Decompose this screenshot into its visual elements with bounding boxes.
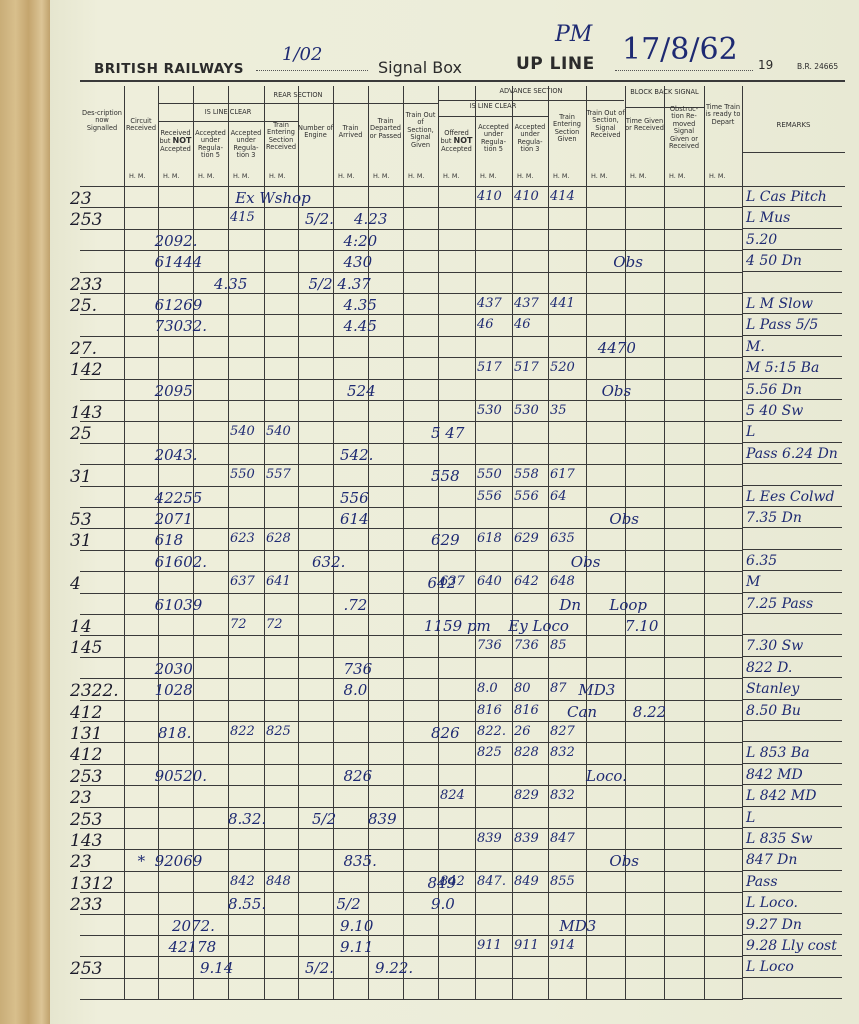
log-entry: 90520. — [155, 767, 208, 785]
description-entry: 142 — [70, 360, 102, 380]
remark-entry: L 853 Ba — [746, 745, 810, 761]
log-entry: Ex Wshop — [235, 189, 311, 207]
column-header: Offered but NOT Accepted — [438, 130, 475, 153]
log-entry: 826 — [344, 767, 373, 785]
row-line — [80, 443, 742, 444]
description-entry: 14 — [70, 617, 92, 637]
log-entry: 87 — [550, 681, 567, 696]
log-entry: 9.11 — [340, 938, 373, 956]
log-entry: 635 — [550, 531, 575, 546]
description-entry: 1312 — [70, 874, 113, 894]
date-dotted-line — [615, 70, 753, 71]
log-entry: 736 — [514, 638, 539, 653]
log-entry: 5/2. — [305, 959, 334, 977]
log-entry: 839 — [477, 831, 502, 846]
remarks-row-line — [742, 249, 842, 250]
remarks-row-line — [742, 206, 842, 207]
column-header: Accepted under Regula-tion 5 — [475, 124, 512, 154]
hours-minutes-label: H. M. — [233, 172, 250, 180]
log-entry: 46 — [514, 317, 531, 332]
log-entry: 629 — [431, 531, 460, 549]
log-entry: 826 — [431, 724, 460, 742]
log-entry: 842 — [230, 874, 255, 889]
remark-entry: L 835 Sw — [746, 831, 813, 847]
row-line — [80, 828, 742, 829]
log-entry: 911 — [514, 938, 539, 953]
log-entry: 35 — [550, 403, 567, 418]
column-divider — [512, 86, 513, 1000]
hours-minutes-label: H. M. — [669, 172, 686, 180]
remark-entry: 9.27 Dn — [746, 917, 802, 933]
header-bottom-rule — [80, 186, 845, 187]
remark-entry: L Mus — [746, 210, 790, 226]
log-entry: 637 — [230, 574, 255, 589]
remark-entry: M. — [746, 339, 765, 355]
log-entry: 8.55. — [228, 895, 266, 913]
log-entry: 9.10 — [340, 917, 373, 935]
adv-is-line-clear-rule — [438, 116, 548, 117]
remark-entry: 5.20 — [746, 232, 777, 248]
column-divider — [704, 86, 705, 1000]
log-entry: 80 — [514, 681, 531, 696]
column-header: Time Train is ready to Depart — [704, 104, 742, 126]
form-number: B.R. 24665 — [797, 62, 838, 71]
log-entry: 8.32. — [228, 810, 266, 828]
row-line — [80, 336, 742, 337]
log-entry: 2092. — [155, 232, 198, 250]
log-entry: 414 — [550, 189, 575, 204]
row-line — [80, 742, 742, 743]
row-line — [80, 400, 742, 401]
log-entry: 618 — [155, 531, 184, 549]
log-entry: 7.10 — [625, 617, 658, 635]
remark-entry: 842 MD — [746, 767, 803, 783]
row-line — [80, 421, 742, 422]
row-line — [80, 678, 742, 679]
log-entry: 4.23 — [354, 210, 387, 228]
hours-minutes-label: H. M. — [517, 172, 534, 180]
description-entry: 25. — [70, 296, 97, 316]
remark-entry: 7.35 Dn — [746, 510, 802, 526]
description-entry: 131 — [70, 724, 102, 744]
log-entry: 628 — [266, 531, 291, 546]
description-entry: 2322. — [70, 681, 119, 701]
row-line — [80, 379, 742, 380]
log-entry: 61269 — [155, 296, 203, 314]
log-entry: 849 — [514, 874, 539, 889]
log-entry: Obs — [609, 510, 639, 528]
shift-handwritten: PM — [555, 22, 592, 47]
row-line — [80, 229, 742, 230]
remarks-row-line — [742, 913, 842, 914]
log-entry: 520 — [550, 360, 575, 375]
hours-minutes-label: H. M. — [373, 172, 390, 180]
block-back-signal-label: BLOCK BACK SIGNAL — [625, 89, 704, 96]
log-entry: 839 — [514, 831, 539, 846]
row-line — [80, 250, 742, 251]
description-entry: 4 — [70, 574, 81, 594]
log-entry: 648 — [550, 574, 575, 589]
advance-section-label: ADVANCE SECTION — [438, 88, 624, 95]
remark-entry: L Pass 5/5 — [746, 317, 818, 333]
column-divider — [548, 86, 549, 1000]
remarks-row-line — [742, 356, 842, 357]
remark-entry: L Cas Pitch — [746, 189, 827, 205]
log-entry: 437 — [514, 296, 539, 311]
title-underline — [80, 80, 845, 82]
log-entry: 2030 — [155, 660, 193, 678]
column-divider — [264, 86, 265, 1000]
log-entry: 4.35 — [214, 275, 247, 293]
log-entry: Loop — [609, 596, 647, 614]
remark-entry: 7.25 Pass — [746, 596, 813, 612]
column-divider — [298, 86, 299, 1000]
remarks-row-line — [742, 891, 842, 892]
column-header: Obstruc-tion Re-moved Signal Given or Re… — [664, 106, 704, 150]
row-line — [80, 700, 742, 701]
column-divider — [742, 86, 743, 1000]
remarks-row-line — [742, 934, 842, 935]
log-entry: 530 — [514, 403, 539, 418]
log-entry: 1159 pm — [424, 617, 491, 635]
log-entry: 558 — [431, 467, 460, 485]
remarks-row-line — [742, 827, 842, 828]
column-header: Accepted under Regula-tion 3 — [512, 124, 548, 154]
log-entry: * — [138, 852, 146, 870]
hours-minutes-label: H. M. — [480, 172, 497, 180]
log-entry: MD3 — [578, 681, 615, 699]
log-entry: 832 — [550, 745, 575, 760]
row-line — [80, 486, 742, 487]
log-entry: 64 — [550, 489, 567, 504]
log-entry: 542. — [340, 446, 373, 464]
log-entry: 4:20 — [344, 232, 378, 250]
signal-box-label: Signal Box — [378, 58, 462, 77]
log-entry: 816 — [477, 703, 502, 718]
log-entry: 825 — [477, 745, 502, 760]
log-entry: Dn — [559, 596, 581, 614]
log-entry: Obs — [602, 382, 632, 400]
log-entry: 2071 — [155, 510, 193, 528]
box-name-handwritten: 1/02 — [282, 44, 322, 65]
log-entry: 557 — [266, 467, 291, 482]
column-header: Train Entering Section Given — [548, 114, 586, 144]
log-entry: 410 — [514, 189, 539, 204]
row-line — [80, 272, 742, 273]
log-entry: 530 — [477, 403, 502, 418]
log-entry: 5/2 4.37 — [309, 275, 371, 293]
remark-entry: 8.50 Bu — [746, 703, 801, 719]
column-header: Train Departed or Passed — [368, 118, 403, 140]
log-entry: 4.45 — [344, 317, 377, 335]
description-entry: 143 — [70, 403, 102, 423]
log-entry: 822 — [230, 724, 255, 739]
log-entry: 641 — [266, 574, 291, 589]
log-entry: 1028 — [155, 681, 193, 699]
column-header: Time Given or Received — [625, 118, 664, 133]
log-entry: 9.14 — [200, 959, 233, 977]
remarks-row-line — [742, 442, 842, 443]
year-prefix: 19 — [758, 58, 773, 72]
log-entry: 5/2 — [337, 895, 361, 913]
remarks-row-line — [742, 977, 842, 978]
log-entry: 85 — [550, 638, 567, 653]
column-header: Accepted under Regula-tion 5 — [193, 130, 228, 160]
log-entry: 914 — [550, 938, 575, 953]
log-entry: 8.22 — [633, 703, 666, 721]
hours-minutes-label: H. M. — [709, 172, 726, 180]
log-entry: 92069 — [155, 852, 203, 870]
column-divider — [664, 86, 665, 1000]
log-entry: 8.0 — [344, 681, 368, 699]
log-entry: 2043. — [155, 446, 198, 464]
log-entry: 848 — [266, 874, 291, 889]
remarks-row-line — [742, 848, 842, 849]
log-entry: 617 — [550, 467, 575, 482]
description-entry: 31 — [70, 531, 92, 551]
log-entry: 847. — [477, 874, 506, 889]
row-line — [80, 935, 742, 936]
log-entry: 524 — [347, 382, 376, 400]
log-entry: 550 — [230, 467, 255, 482]
remarks-row-line — [742, 870, 842, 871]
log-entry: 42255 — [155, 489, 203, 507]
row-line — [80, 464, 742, 465]
row-line — [80, 293, 742, 294]
log-entry: 430 — [344, 253, 373, 271]
row-line — [80, 614, 742, 615]
remark-entry: Pass — [746, 874, 778, 890]
log-entry: 842 — [440, 874, 465, 889]
row-line — [80, 956, 742, 957]
hours-minutes-label: H. M. — [129, 172, 146, 180]
log-entry: 835. — [344, 852, 377, 870]
log-entry: 618 — [477, 531, 502, 546]
log-entry: 623 — [230, 531, 255, 546]
log-entry: 911 — [477, 938, 502, 953]
log-entry: 4.35 — [344, 296, 377, 314]
remarks-row-line — [742, 998, 842, 999]
column-divider — [475, 86, 476, 1000]
log-entry: 61602. — [155, 553, 208, 571]
log-entry: 61444 — [155, 253, 203, 271]
hours-minutes-label: H. M. — [198, 172, 215, 180]
log-entry: Obs — [609, 852, 639, 870]
row-line — [80, 999, 742, 1000]
remarks-row-line — [742, 463, 842, 464]
box-name-dotted-line — [256, 70, 368, 71]
row-line — [80, 892, 742, 893]
remarks-row-line — [742, 485, 842, 486]
column-divider — [124, 86, 125, 1000]
column-header: Accepted under Regula-tion 3 — [228, 130, 264, 160]
description-entry: 31 — [70, 467, 92, 487]
row-line — [80, 914, 742, 915]
log-entry: 847 — [550, 831, 575, 846]
log-entry: 540 — [266, 424, 291, 439]
log-entry: 816 — [514, 703, 539, 718]
row-line — [80, 764, 742, 765]
log-entry: 46 — [477, 317, 494, 332]
log-entry: 736 — [344, 660, 373, 678]
hours-minutes-label: H. M. — [591, 172, 608, 180]
description-entry: 25 — [70, 424, 92, 444]
row-line — [80, 571, 742, 572]
log-entry: 642 — [514, 574, 539, 589]
log-entry: Can — [567, 703, 597, 721]
log-entry: 558 — [514, 467, 539, 482]
remarks-row-line — [742, 399, 842, 400]
log-entry: 410 — [477, 189, 502, 204]
log-entry: 5/2 — [312, 810, 336, 828]
description-entry: 23 — [70, 788, 92, 808]
remarks-row-line — [742, 763, 842, 764]
remark-entry: 7.30 Sw — [746, 638, 803, 654]
remark-entry: L Loco. — [746, 895, 798, 911]
column-header: Train Arrived — [333, 125, 368, 140]
date-handwritten: 17/8/62 — [622, 32, 738, 67]
hours-minutes-label: H. M. — [163, 172, 180, 180]
log-entry: 2095 — [155, 382, 193, 400]
remarks-row-line — [742, 335, 842, 336]
log-entry: 441 — [550, 296, 575, 311]
log-entry: 818. — [158, 724, 191, 742]
row-line — [80, 871, 742, 872]
line-label: UP LINE — [516, 54, 595, 74]
column-header: Train Entering Section Received — [264, 122, 298, 152]
remarks-row-line — [742, 271, 842, 272]
remark-entry: Stanley — [746, 681, 799, 697]
description-entry: 412 — [70, 745, 102, 765]
row-line — [80, 785, 742, 786]
remarks-row-line — [742, 677, 842, 678]
log-entry: 73032. — [155, 317, 208, 335]
rear-section-rule — [158, 103, 438, 104]
log-entry: 839 — [368, 810, 397, 828]
hours-minutes-label: H. M. — [408, 172, 425, 180]
description-entry: 233 — [70, 275, 102, 295]
remarks-row-line — [742, 378, 842, 379]
log-entry: 5 47 — [431, 424, 464, 442]
description-entry: 53 — [70, 510, 92, 530]
remarks-row-line — [742, 527, 842, 528]
description-entry: 27. — [70, 339, 97, 359]
log-entry: 556 — [514, 489, 539, 504]
column-header: Number of Engine — [298, 125, 333, 140]
remark-entry: L 842 MD — [746, 788, 816, 804]
row-line — [80, 978, 742, 979]
description-entry: 23 — [70, 189, 92, 209]
log-entry: 822. — [477, 724, 506, 739]
description-entry: 412 — [70, 703, 102, 723]
row-line — [80, 807, 742, 808]
remark-entry: L Ees Colwd — [746, 489, 834, 505]
remarks-row-line — [742, 292, 842, 293]
log-entry: 556 — [340, 489, 369, 507]
log-entry: MD3 — [559, 917, 596, 935]
log-entry: 824 — [440, 788, 465, 803]
remarks-row-line — [742, 784, 842, 785]
log-entry: 5/2. — [305, 210, 334, 228]
column-header: Received but NOT Accepted — [158, 130, 193, 153]
log-entry: 640 — [477, 574, 502, 589]
remark-entry: L M Slow — [746, 296, 813, 312]
remark-entry: 5 40 Sw — [746, 403, 803, 419]
column-divider — [586, 86, 587, 1000]
description-entry: 233 — [70, 895, 102, 915]
remarks-row-line — [742, 741, 842, 742]
hours-minutes-label: H. M. — [630, 172, 647, 180]
remark-entry: 6.35 — [746, 553, 777, 569]
log-entry: Loco. — [586, 767, 627, 785]
org-title: BRITISH RAILWAYS — [94, 61, 244, 77]
remarks-row-line — [742, 806, 842, 807]
log-entry: 855 — [550, 874, 575, 889]
log-entry: 540 — [230, 424, 255, 439]
column-header: Circuit Received — [124, 118, 158, 133]
log-entry: 437 — [477, 296, 502, 311]
row-line — [80, 507, 742, 508]
log-entry: 26 — [514, 724, 531, 739]
row-line — [80, 635, 742, 636]
log-entry: 827 — [550, 724, 575, 739]
remarks-row-line — [742, 228, 842, 229]
remark-entry: 822 D. — [746, 660, 792, 676]
row-line — [80, 357, 742, 358]
log-entry: 828 — [514, 745, 539, 760]
remarks-row-line — [742, 420, 842, 421]
description-entry: 23 — [70, 852, 92, 872]
log-entry: 632. — [312, 553, 345, 571]
log-entry: 517 — [514, 360, 539, 375]
hours-minutes-label: H. M. — [338, 172, 355, 180]
log-entry: 9.0 — [431, 895, 455, 913]
column-header: Train Out of Section, Signal Given — [403, 112, 438, 149]
log-entry: 2072. — [172, 917, 215, 935]
remark-entry: L Loco — [746, 959, 794, 975]
description-entry: 253 — [70, 210, 102, 230]
log-entry: 637 — [440, 574, 465, 589]
remark-entry: 847 Dn — [746, 852, 797, 868]
remark-entry: L — [746, 424, 755, 440]
log-entry: 61039 — [155, 596, 203, 614]
log-entry: 614 — [340, 510, 369, 528]
remark-entry: Pass 6.24 Dn — [746, 446, 838, 462]
column-header: Des-cription now Signalled — [80, 110, 124, 132]
remarks-header-rule — [742, 152, 845, 153]
column-divider — [403, 86, 404, 1000]
description-entry: 253 — [70, 767, 102, 787]
log-entry: 629 — [514, 531, 539, 546]
remarks-row-line — [742, 720, 842, 721]
remark-entry: M — [746, 574, 760, 590]
remark-entry: L — [746, 810, 755, 826]
description-entry: 253 — [70, 959, 102, 979]
remark-entry: 5.56 Dn — [746, 382, 802, 398]
description-entry: 143 — [70, 831, 102, 851]
row-line — [80, 721, 742, 722]
row-line — [80, 550, 742, 551]
row-line — [80, 849, 742, 850]
row-line — [80, 207, 742, 208]
log-entry: 72 — [230, 617, 247, 632]
remarks-row-line — [742, 699, 842, 700]
log-entry: 825 — [266, 724, 291, 739]
log-entry: Obs — [571, 553, 601, 571]
log-entry: 42178 — [169, 938, 217, 956]
row-line — [80, 314, 742, 315]
hours-minutes-label: H. M. — [553, 172, 570, 180]
